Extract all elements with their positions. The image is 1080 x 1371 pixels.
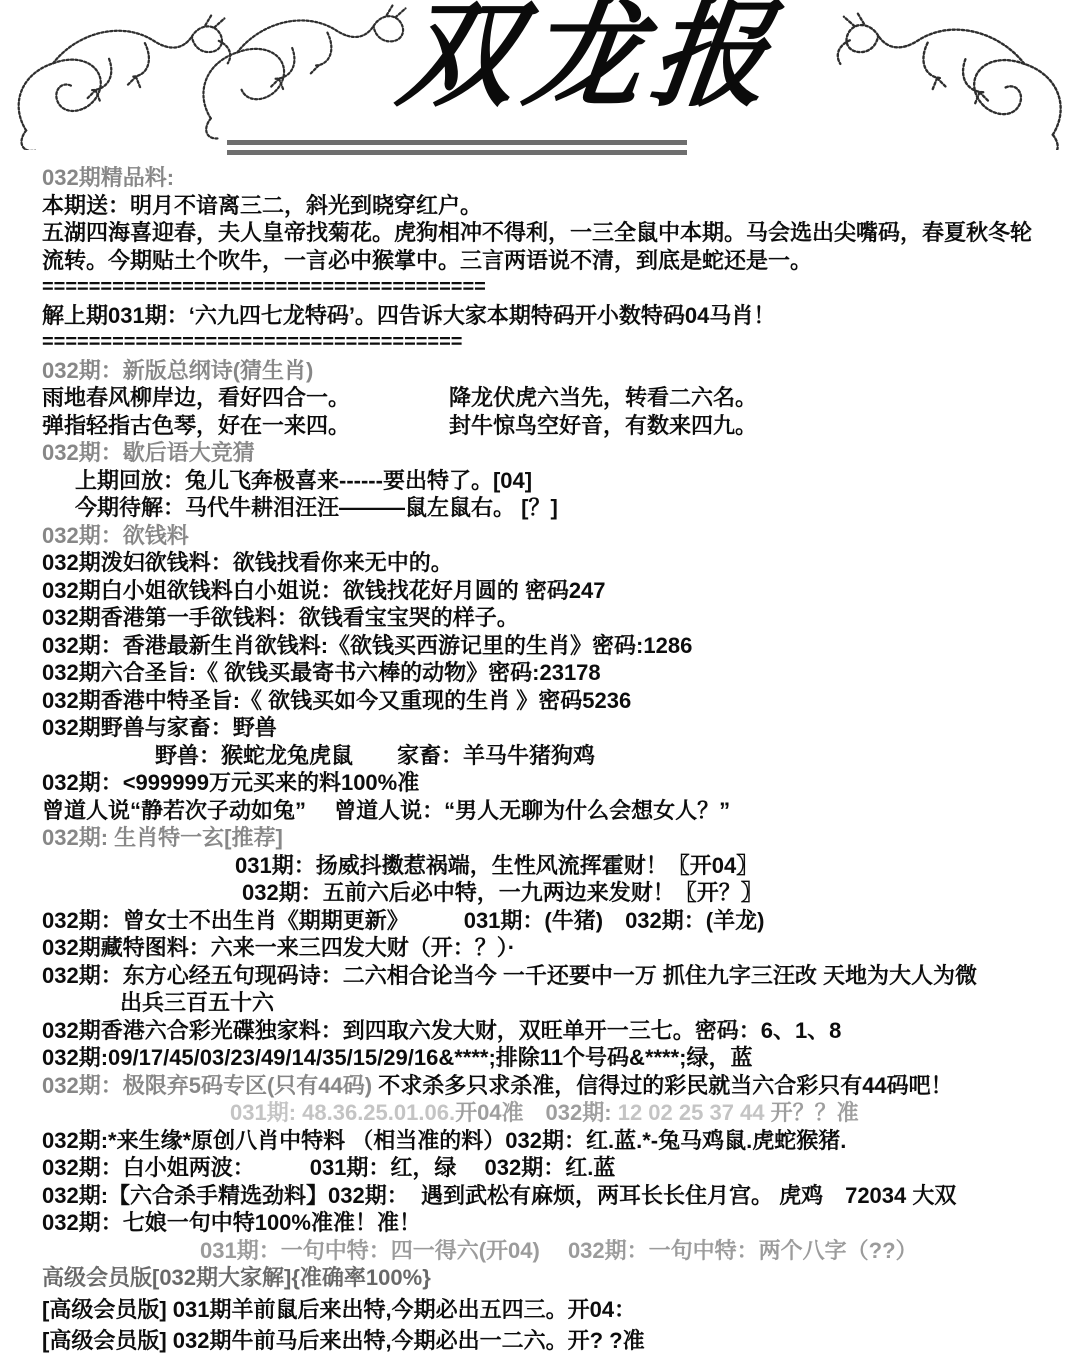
text-line: 032期:*来生缘*原创八肖中特料 （相当准的料）032期：红.蓝.*-兔马鸡鼠… bbox=[0, 1127, 1080, 1155]
text-segment: 流转。今期贴土个吹牛，一言必中猴掌中。三言两语说不清，到底是蛇还是一。 bbox=[42, 248, 812, 273]
text-line: 032期泼妇欲钱料：欲钱找看你来无中的。 bbox=[0, 549, 1080, 577]
text-line: 032期：香港最新生肖欲钱料:《欲钱买西游记里的生肖》密码:1286 bbox=[0, 632, 1080, 660]
text-segment: 032期:09/17/45/03/23/49/14/35/15/29/16&**… bbox=[42, 1045, 753, 1070]
text-segment: 032期：白小姐两波： 031期：红，绿 032期：红.蓝 bbox=[42, 1155, 615, 1180]
text-segment: 032期: bbox=[524, 1100, 618, 1125]
text-segment: 032期：极限弃5码专区(只有44码) bbox=[42, 1073, 378, 1098]
text-line: 032期:09/17/45/03/23/49/14/35/15/29/16&**… bbox=[0, 1044, 1080, 1072]
text-line: [高级会员版] 032期牛前马后来出特,今期必出一二六。开? ?准 bbox=[0, 1327, 1080, 1355]
page: { "header": { "title": "双龙报", "left_drag… bbox=[0, 0, 1080, 1371]
text-line: 五湖四海喜迎春，夫人皇帝找菊花。虎狗相冲不得利，一三全鼠中本期。马会选出尖嘴码，… bbox=[0, 219, 1080, 247]
text-segment: 开？？准 bbox=[771, 1100, 859, 1125]
text-segment: 出兵三百五十六 bbox=[120, 990, 274, 1015]
text-segment: 032期: 生肖特一玄[推荐] bbox=[42, 825, 283, 850]
text-segment: 031期：一句中特：四一得六(开04) 032期：一句中特：两个八字（??） bbox=[200, 1238, 918, 1263]
text-line: 出兵三百五十六 bbox=[0, 989, 1080, 1017]
text-line: 032期：歇后语大竞猜 bbox=[0, 439, 1080, 467]
text-segment: 12 02 25 37 44 bbox=[618, 1100, 771, 1125]
text-line: 032期：新版总纲诗(猜生肖) bbox=[0, 357, 1080, 385]
title-underline bbox=[227, 140, 687, 145]
text-line: 032期精品料: bbox=[0, 164, 1080, 192]
masthead: 双龙报 bbox=[0, 0, 1080, 160]
text-segment: 今期待解：马代牛耕泪汪汪———鼠左鼠右。 [？] bbox=[75, 495, 558, 520]
text-segment: ==================================== bbox=[42, 331, 462, 353]
text-line: 032期藏特图料：六来一来三四发大财（开：？）· bbox=[0, 934, 1080, 962]
text-line: 032期：五前六后必中特，一九两边来发财！〖开？〗 bbox=[0, 879, 1080, 907]
text-segment: 032期泼妇欲钱料：欲钱找看你来无中的。 bbox=[42, 550, 453, 575]
content: 032期精品料:本期送：明月不谙离三二，斜光到晓穿红户。五湖四海喜迎春，夫人皇帝… bbox=[0, 160, 1080, 1355]
text-segment: 032期六合圣旨:《 欲钱买最寄书六棒的动物》密码:23178 bbox=[42, 660, 601, 685]
text-segment: 032期：<999999万元买来的料100%准 bbox=[42, 770, 419, 795]
text-line: 032期：东方心经五句现码诗：二六相合论当今 一千还要中一万 抓住九字三汪改 天… bbox=[0, 962, 1080, 990]
text-line: 032期：极限弃5码专区(只有44码) 不求杀多只求杀准，信得过的彩民就当六合彩… bbox=[0, 1072, 1080, 1100]
text-line: 解上期031期：‘六九四七龙特码’。四告诉大家本期特码开小数特码04马肖！ bbox=[0, 302, 1080, 330]
text-line: 弹指轻指古色琴，好在一来四。 封牛惊鸟空好音，有数来四九。 bbox=[0, 412, 1080, 440]
text-segment: 不求杀多只求杀准，信得过的彩民就当六合彩只有44码吧！ bbox=[378, 1073, 952, 1098]
dragon-icon bbox=[806, 2, 1074, 150]
text-line: 032期：欲钱料 bbox=[0, 522, 1080, 550]
text-line: 032期：七娘一句中特100%准准！准！ bbox=[0, 1209, 1080, 1237]
text-segment: 032期香港第一手欲钱料：欲钱看宝宝哭的样子。 bbox=[42, 605, 519, 630]
text-segment: 032期：七娘一句中特100%准准！准！ bbox=[42, 1210, 421, 1235]
text-segment: 弹指轻指古色琴，好在一来四。 封牛惊鸟空好音，有数来四九。 bbox=[42, 413, 757, 438]
text-line: 曾道人说“静若次子动如兔” 曾道人说：“男人无聊为什么会想女人？” bbox=[0, 797, 1080, 825]
text-segment: 032期:【六合杀手精选劲料】032期： 遇到武松有麻烦，两耳长长住月宫。 虎鸡… bbox=[42, 1183, 956, 1208]
text-line: 031期：一句中特：四一得六(开04) 032期：一句中特：两个八字（??） bbox=[0, 1237, 1080, 1265]
text-segment: 032期香港六合彩光碟独家料：到四取六发大财，双旺单开一三七。密码：6、1、8 bbox=[42, 1018, 841, 1043]
text-line: 野兽：猴蛇龙兔虎鼠 家畜：羊马牛猪狗鸡 bbox=[0, 742, 1080, 770]
text-segment: 032期：欲钱料 bbox=[42, 523, 189, 548]
text-line: 032期：白小姐两波： 031期：红，绿 032期：红.蓝 bbox=[0, 1154, 1080, 1182]
text-segment: 032期：歇后语大竞猜 bbox=[42, 440, 255, 465]
text-line: 032期:【六合杀手精选劲料】032期： 遇到武松有麻烦，两耳长长住月宫。 虎鸡… bbox=[0, 1182, 1080, 1210]
text-line: 032期六合圣旨:《 欲钱买最寄书六棒的动物》密码:23178 bbox=[0, 659, 1080, 687]
dragon-icon bbox=[6, 2, 416, 150]
text-line: [高级会员版] 031期羊前鼠后来出特,今期必出五四三。开04： bbox=[0, 1296, 1080, 1324]
text-segment: 032期：东方心经五句现码诗：二六相合论当今 一千还要中一万 抓住九字三汪改 天… bbox=[42, 963, 977, 988]
text-line: 上期回放：兔儿飞奔极喜来------要出特了。[04] bbox=[0, 467, 1080, 495]
text-segment: 032期：五前六后必中特，一九两边来发财！〖开？〗 bbox=[242, 880, 763, 905]
text-line: 031期: 48.36.25.01.06.开04准 032期: 12 02 25… bbox=[0, 1099, 1080, 1127]
title-underline bbox=[227, 150, 687, 155]
text-line: 032期香港六合彩光碟独家料：到四取六发大财，双旺单开一三七。密码：6、1、8 bbox=[0, 1017, 1080, 1045]
text-line: ====================================== bbox=[0, 274, 1080, 302]
text-segment: [高级会员版] 031期羊前鼠后来出特,今期必出五四三。开04： bbox=[42, 1297, 636, 1322]
text-segment: 032期白小姐欲钱料白小姐说：欲钱找花好月圆的 密码247 bbox=[42, 578, 606, 603]
text-segment: 野兽：猴蛇龙兔虎鼠 家畜：羊马牛猪狗鸡 bbox=[155, 743, 595, 768]
text-segment: 雨地春风柳岸边，看好四合一。 降龙伏虎六当先，转看二六名。 bbox=[42, 385, 757, 410]
text-segment: 开04准 bbox=[455, 1100, 523, 1125]
text-segment: 031期：扬威抖擞惹祸端，生性风流挥霍财！〖开04〗 bbox=[235, 853, 758, 878]
text-segment: 高级会员版[032期大家解]{准确率100%} bbox=[42, 1265, 431, 1290]
text-line: 本期送：明月不谙离三二，斜光到晓穿红户。 bbox=[0, 192, 1080, 220]
text-segment: 032期：新版总纲诗(猜生肖) bbox=[42, 358, 313, 383]
text-line: 032期: 生肖特一玄[推荐] bbox=[0, 824, 1080, 852]
text-line: 流转。今期贴土个吹牛，一言必中猴掌中。三言两语说不清，到底是蛇还是一。 bbox=[0, 247, 1080, 275]
text-line: 032期：<999999万元买来的料100%准 bbox=[0, 769, 1080, 797]
text-line: ==================================== bbox=[0, 329, 1080, 357]
text-line: 032期：曾女士不出生肖《期期更新》 031期：(牛猪) 032期：(羊龙) bbox=[0, 907, 1080, 935]
text-segment: 五湖四海喜迎春，夫人皇帝找菊花。虎狗相冲不得利，一三全鼠中本期。马会选出尖嘴码，… bbox=[42, 220, 1032, 245]
text-segment: 031期: 48.36.25.01.06. bbox=[230, 1100, 455, 1125]
text-segment: 032期藏特图料：六来一来三四发大财（开：？）· bbox=[42, 935, 515, 960]
text-segment: 曾道人说“静若次子动如兔” 曾道人说：“男人无聊为什么会想女人？” bbox=[42, 798, 730, 823]
page-title: 双龙报 bbox=[391, 0, 786, 125]
text-segment: 032期精品料: bbox=[42, 165, 174, 190]
text-line: 031期：扬威抖擞惹祸端，生性风流挥霍财！〖开04〗 bbox=[0, 852, 1080, 880]
text-segment: 032期野兽与家畜：野兽 bbox=[42, 715, 277, 740]
text-segment: 本期送：明月不谙离三二，斜光到晓穿红户。 bbox=[42, 193, 482, 218]
text-line: 032期白小姐欲钱料白小姐说：欲钱找花好月圆的 密码247 bbox=[0, 577, 1080, 605]
text-segment: ====================================== bbox=[42, 276, 486, 298]
text-segment: 032期:*来生缘*原创八肖中特料 （相当准的料）032期：红.蓝.*-兔马鸡鼠… bbox=[42, 1128, 846, 1153]
text-line: 032期香港中特圣旨:《 欲钱买如今又重现的生肖 》密码5236 bbox=[0, 687, 1080, 715]
text-segment: 032期：香港最新生肖欲钱料:《欲钱买西游记里的生肖》密码:1286 bbox=[42, 633, 692, 658]
text-line: 雨地春风柳岸边，看好四合一。 降龙伏虎六当先，转看二六名。 bbox=[0, 384, 1080, 412]
text-line: 今期待解：马代牛耕泪汪汪———鼠左鼠右。 [？] bbox=[0, 494, 1080, 522]
text-line: 032期香港第一手欲钱料：欲钱看宝宝哭的样子。 bbox=[0, 604, 1080, 632]
text-line: 高级会员版[032期大家解]{准确率100%} bbox=[0, 1264, 1080, 1292]
text-segment: 032期香港中特圣旨:《 欲钱买如今又重现的生肖 》密码5236 bbox=[42, 688, 631, 713]
text-segment: [高级会员版] 032期牛前马后来出特,今期必出一二六。开? ?准 bbox=[42, 1328, 645, 1353]
text-segment: 解上期031期：‘六九四七龙特码’。四告诉大家本期特码开小数特码04马肖！ bbox=[42, 303, 775, 328]
text-line: 032期野兽与家畜：野兽 bbox=[0, 714, 1080, 742]
text-segment: 032期：曾女士不出生肖《期期更新》 031期：(牛猪) 032期：(羊龙) bbox=[42, 908, 764, 933]
text-segment: 上期回放：兔儿飞奔极喜来------要出特了。[04] bbox=[75, 468, 532, 493]
